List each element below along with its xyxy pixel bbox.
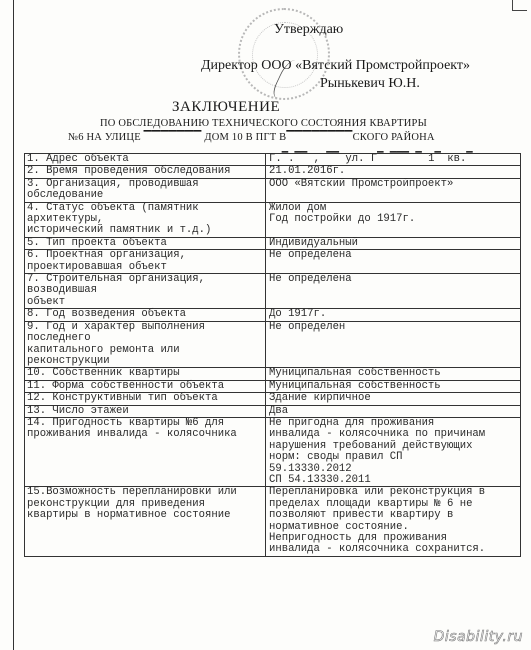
- row-value: Здание кирпичное: [266, 393, 521, 405]
- watermark: Disability.ru: [434, 629, 523, 645]
- table-row: 11. Форма собственности объектаМуниципал…: [25, 380, 521, 392]
- row-label: 4. Статус объекта (памятник архитектуры,…: [25, 202, 266, 237]
- approval-label: Утверждаю: [274, 22, 343, 38]
- row-value: До 1917г.: [266, 309, 521, 321]
- row-label: 10. Собственник квартиры: [25, 368, 266, 380]
- row-value: Г.▔.▔▔ , ▔▔ ул. Г▔ ▔▔▔ ▔ 1▔ кв.▔: [266, 154, 521, 166]
- row-label: 9. Год и характер выполнения последнего …: [25, 321, 266, 368]
- table-row: 6. Проектная организация, проектировавша…: [25, 250, 521, 274]
- row-value: Муниципальная собственность: [266, 368, 521, 380]
- table-row: 2. Время проведения обследования21.01.20…: [25, 166, 521, 178]
- row-label: 6. Проектная организация, проектировавша…: [25, 250, 266, 274]
- table-row: 7. Строительная организация, возводившая…: [25, 274, 521, 309]
- row-label: 7. Строительная организация, возводившая…: [25, 274, 266, 309]
- document-subtitle-line2: №6 НА УЛИЦЕ ▔▔▔▔▔▔▔ ДОМ 10 В ПГТ В▔▔▔▔▔▔…: [68, 131, 435, 143]
- row-label: 13. Число этажей: [25, 405, 266, 417]
- row-label: 12. Конструктивный тип объекта: [25, 393, 266, 405]
- table-row: 9. Год и характер выполнения последнего …: [25, 321, 521, 368]
- row-label: 2. Время проведения обследования: [25, 166, 266, 178]
- row-value: Не определена: [266, 250, 521, 274]
- row-label: 3. Организация, проводившая обследование: [25, 178, 266, 202]
- director-title: Директор ООО «Вятский Промстройпроект»: [201, 58, 470, 74]
- row-label: 14. Пригодность квартиры №6 для проживан…: [25, 417, 266, 486]
- inspection-table: 1. Адрес объектаГ.▔.▔▔ , ▔▔ ул. Г▔ ▔▔▔ ▔…: [24, 153, 521, 557]
- table-row: 14. Пригодность квартиры №6 для проживан…: [25, 417, 521, 486]
- row-value: Не определена: [266, 274, 521, 309]
- page-edge-line: [13, 0, 14, 650]
- table-row: 3. Организация, проводившая обследование…: [25, 178, 521, 202]
- table-row: 4. Статус объекта (памятник архитектуры,…: [25, 202, 521, 237]
- corner-mark: [512, 0, 527, 11]
- table-row: 8. Год возведения объектаДо 1917г.: [25, 309, 521, 321]
- row-label: 11. Форма собственности объекта: [25, 380, 266, 392]
- table-row: 10. Собственник квартирыМуниципальная со…: [25, 368, 521, 380]
- row-value: Два: [266, 405, 521, 417]
- row-label: 5. Тип проекта объекта: [25, 237, 266, 249]
- row-value: Не определен: [266, 321, 521, 368]
- table-row: 5. Тип проекта объектаИндивидуальный: [25, 237, 521, 249]
- signer-name: Рынькевич Ю.Н.: [320, 76, 420, 92]
- row-label: 15.Возможность перепланировки или реконс…: [25, 487, 266, 556]
- table-row: 15.Возможность перепланировки или реконс…: [25, 487, 521, 556]
- row-value: 21.01.2016г.: [266, 166, 521, 178]
- row-value: Индивидуальный: [266, 237, 521, 249]
- table-row: 12. Конструктивный тип объектаЗдание кир…: [25, 393, 521, 405]
- row-value: Муниципальная собственность: [266, 380, 521, 392]
- row-value: Не пригодна для проживания инвалида - ко…: [266, 417, 521, 486]
- table-row: 13. Число этажейДва: [25, 405, 521, 417]
- row-value: Жилой дом Год постройки до 1917г.: [266, 202, 521, 237]
- document-subtitle-line1: ПО ОБСЛЕДОВАНИЮ ТЕХНИЧЕСКОГО СОСТОЯНИЯ К…: [100, 118, 427, 129]
- document-title: ЗАКЛЮЧЕНИЕ: [172, 99, 280, 116]
- row-label: 8. Год возведения объекта: [25, 309, 266, 321]
- row-value: Перепланировка или реконструкция в преде…: [266, 487, 521, 556]
- row-value: ООО «Вятский Промстройпроект»: [266, 178, 521, 202]
